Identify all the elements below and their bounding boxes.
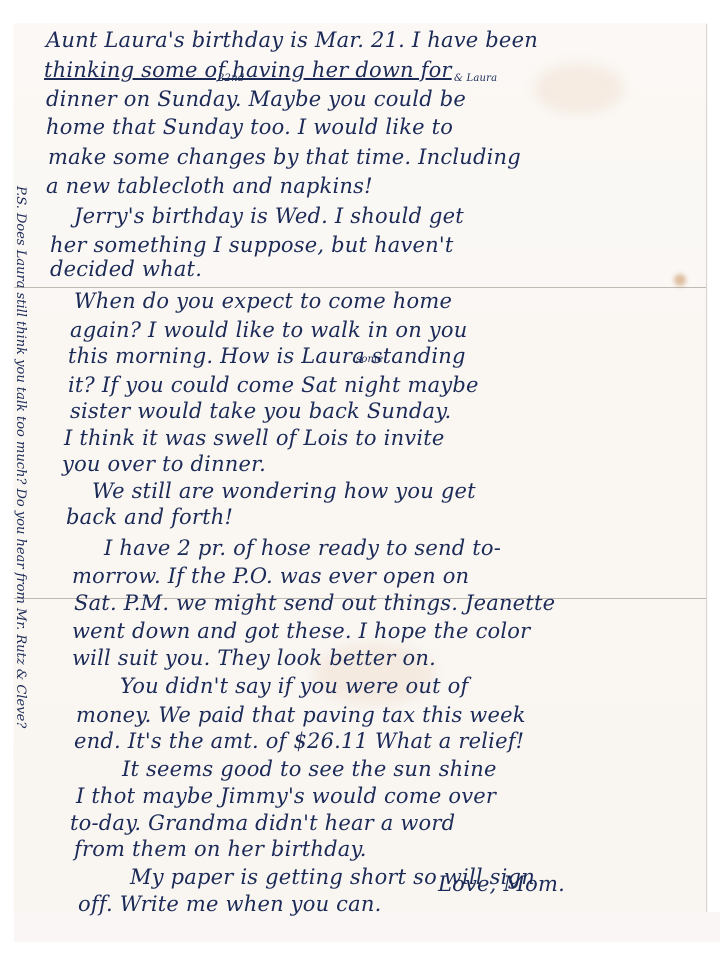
signature: Love, Mom. — [438, 872, 565, 896]
letter-line: sister would take you back Sunday. — [70, 399, 451, 423]
letter-line: this morning. How is Laura standing — [68, 344, 466, 368]
letter-line: thinking some of having her down for — [44, 58, 452, 82]
letter-line: end. It's the amt. of $26.11 What a reli… — [74, 729, 524, 753]
letter-line: I have 2 pr. of hose ready to send to- — [104, 536, 501, 560]
letter-line: will suit you. They look better on. — [72, 646, 436, 670]
paper-stain — [534, 64, 624, 114]
letter-line: money. We paid that paving tax this week — [76, 703, 526, 727]
letter-line: It seems good to see the sun shine — [122, 757, 497, 781]
letter-line: off. Write me when you can. — [78, 892, 381, 916]
letter-line: it? If you could come Sat night maybe — [68, 373, 479, 397]
letter-line: decided what. — [50, 257, 202, 281]
letter-line: morrow. If the P.O. was ever open on — [72, 564, 469, 588]
scan-margin — [14, 912, 720, 942]
letter-line: I thot maybe Jimmy's would come over — [76, 784, 496, 808]
inserted-text: some — [356, 354, 383, 365]
fold-line — [14, 287, 706, 288]
letter-line: I think it was swell of Lois to invite — [64, 426, 445, 450]
inserted-text: 22nd — [218, 73, 244, 84]
letter-line: went down and got these. I hope the colo… — [72, 619, 530, 643]
postscript-margin-note: P.S. Does Laura still think you talk too… — [13, 186, 28, 906]
letter-line: from them on her birthday. — [74, 837, 367, 861]
letter-line: Jerry's birthday is Wed. I should get — [74, 204, 464, 228]
letter-line: home that Sunday too. I would like to — [46, 115, 453, 139]
letter-line: You didn't say if you were out of — [120, 674, 468, 698]
letter-line: When do you expect to come home — [74, 289, 452, 313]
letter-line: make some changes by that time. Includin… — [48, 145, 521, 169]
inserted-text: & Laura — [454, 73, 497, 84]
letter-line: a new tablecloth and napkins! — [46, 174, 373, 198]
letter-line: her something I suppose, but haven't — [50, 233, 453, 257]
letter-line: Sat. P.M. we might send out things. Jean… — [74, 591, 555, 615]
letter-line: again? I would like to walk in on you — [70, 318, 467, 342]
letter-line: to-day. Grandma didn't hear a word — [70, 811, 455, 835]
paper-spot — [674, 274, 686, 286]
letter-line: We still are wondering how you get — [92, 479, 476, 503]
letter-line: back and forth! — [66, 505, 233, 529]
letter-line: Aunt Laura's birthday is Mar. 21. I have… — [46, 28, 538, 52]
letter-line: you over to dinner. — [62, 452, 266, 476]
letter-line: dinner on Sunday. Maybe you could be — [46, 87, 466, 111]
